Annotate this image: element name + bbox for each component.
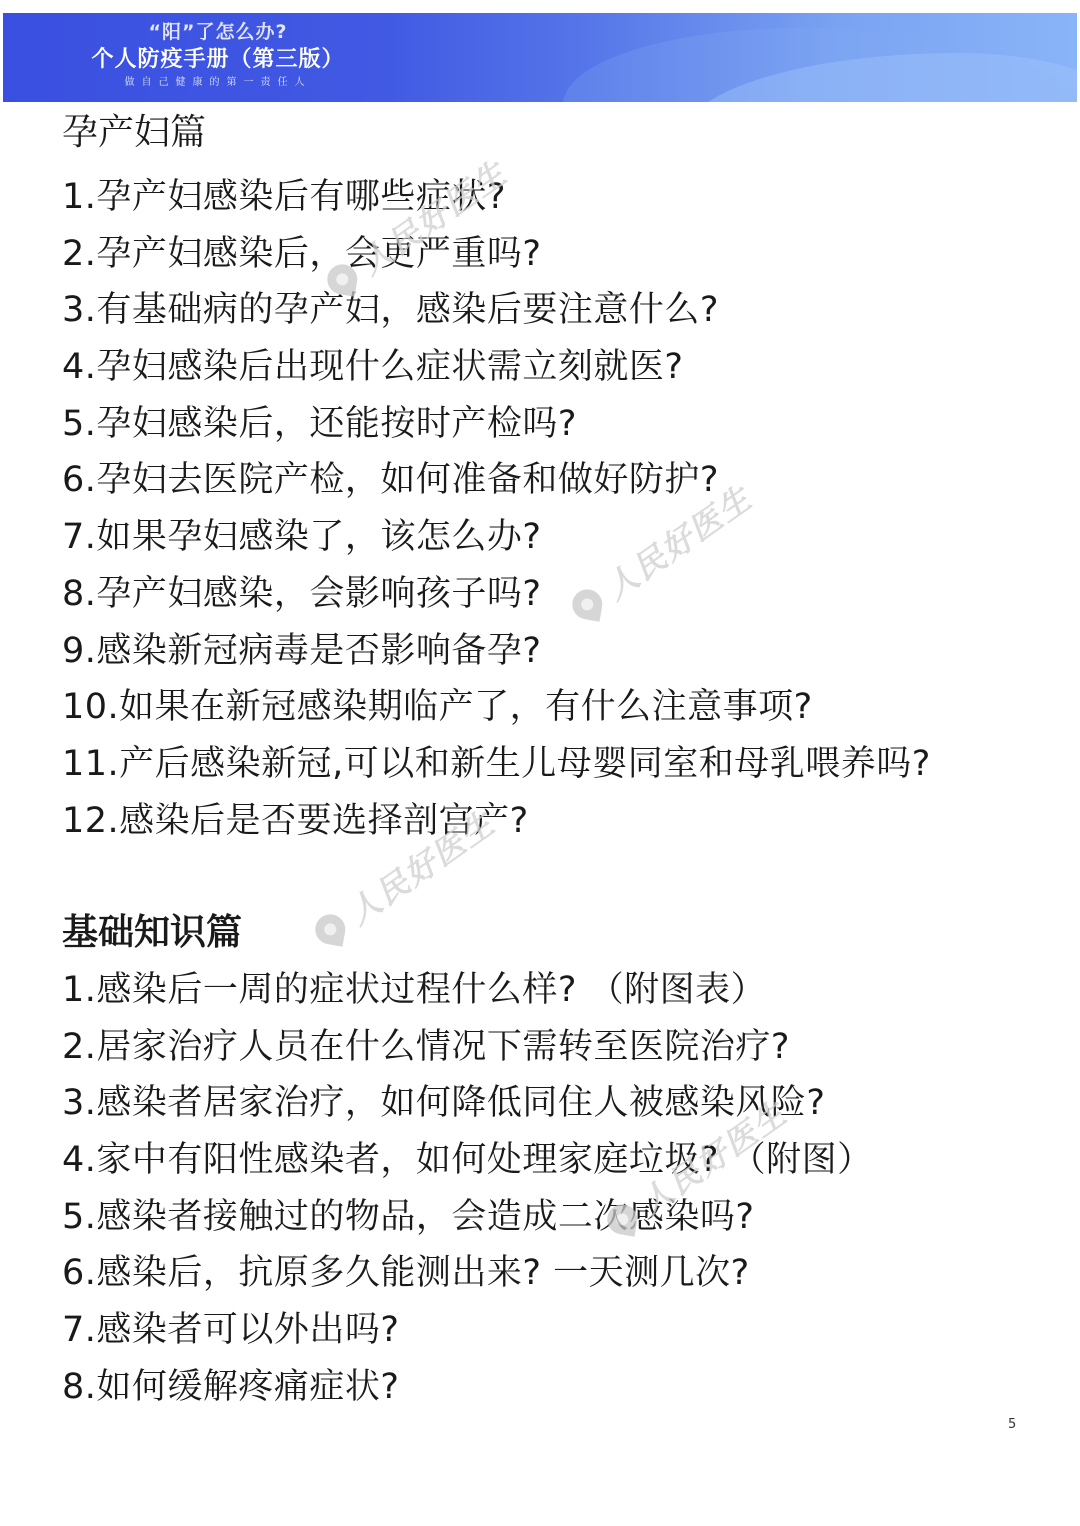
- section-title-basics: 基础知识篇: [62, 911, 242, 955]
- banner-slogan: 做自己健康的第一责任人: [63, 75, 373, 91]
- question-item: 4.孕妇感染后出现什么症状需立刻就医?: [62, 339, 931, 396]
- question-list-pregnancy: 1.孕产妇感染后有哪些症状? 2.孕产妇感染后，会更严重吗? 3.有基础病的孕产…: [62, 169, 931, 849]
- page-number: 5: [1008, 1417, 1016, 1432]
- question-item: 8.如何缓解疼痛症状?: [62, 1359, 873, 1416]
- question-item: 5.感染者接触过的物品，会造成二次感染吗?: [62, 1189, 873, 1246]
- question-item: 4.家中有阳性感染者，如何处理家庭垃圾? （附图）: [62, 1132, 873, 1189]
- question-item: 1.孕产妇感染后有哪些症状?: [62, 169, 931, 226]
- question-item: 10.如果在新冠感染期临产了，有什么注意事项?: [62, 679, 931, 736]
- question-item: 5.孕妇感染后，还能按时产检吗?: [62, 396, 931, 453]
- question-item: 9.感染新冠病毒是否影响备孕?: [62, 623, 931, 680]
- question-item: 12.感染后是否要选择剖宫产?: [62, 793, 931, 850]
- banner-text-block: “阳”了怎么办? 个人防疫手册（第三版） 做自己健康的第一责任人: [63, 19, 373, 91]
- question-item: 3.感染者居家治疗，如何降低同住人被感染风险?: [62, 1075, 873, 1132]
- question-item: 8.孕产妇感染，会影响孩子吗?: [62, 566, 931, 623]
- section-title-pregnancy: 孕产妇篇: [62, 111, 206, 155]
- question-item: 1.感染后一周的症状过程什么样? （附图表）: [62, 962, 873, 1019]
- question-item: 6.孕妇去医院产检，如何准备和做好防护?: [62, 452, 931, 509]
- question-item: 2.孕产妇感染后，会更严重吗?: [62, 226, 931, 283]
- question-list-basics: 1.感染后一周的症状过程什么样? （附图表） 2.居家治疗人员在什么情况下需转至…: [62, 962, 873, 1416]
- banner-subtitle: “阳”了怎么办?: [63, 19, 373, 45]
- header-banner: “阳”了怎么办? 个人防疫手册（第三版） 做自己健康的第一责任人: [3, 13, 1077, 102]
- heart-logo-icon: [313, 912, 348, 947]
- question-item: 7.如果孕妇感染了，该怎么办?: [62, 509, 931, 566]
- question-item: 6.感染后，抗原多久能测出来? 一天测几次?: [62, 1245, 873, 1302]
- question-item: 3.有基础病的孕产妇，感染后要注意什么?: [62, 282, 931, 339]
- question-item: 11.产后感染新冠,可以和新生儿母婴同室和母乳喂养吗?: [62, 736, 931, 793]
- question-item: 2.居家治疗人员在什么情况下需转至医院治疗?: [62, 1019, 873, 1076]
- question-item: 7.感染者可以外出吗?: [62, 1302, 873, 1359]
- banner-title: 个人防疫手册（第三版）: [63, 45, 373, 75]
